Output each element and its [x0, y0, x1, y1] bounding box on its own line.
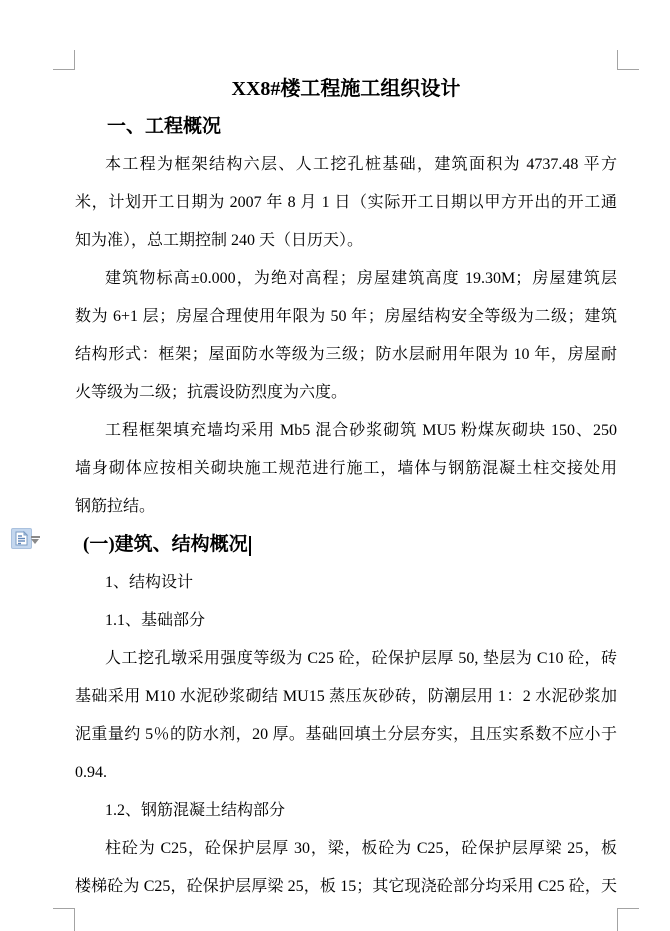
body-text-line: 建筑物标高±0.000，为绝对高程；房屋建筑高度 19.30M；房屋建筑层 — [75, 260, 617, 298]
heading-text: (一)建筑、结构概况 — [83, 534, 248, 555]
subheading-foundation: 1.1、基础部分 — [75, 602, 617, 640]
body-text-line: 米，计划开工日期为 2007 年 8 月 1 日（实际开工日期以甲方开出的开工通 — [75, 184, 617, 222]
smart-tag-dropdown-button[interactable] — [30, 536, 41, 546]
document-title: XX8#楼工程施工组织设计 — [75, 70, 617, 108]
dropdown-arrow-icon — [31, 536, 40, 538]
body-text-line: 柱砼为 C25，砼保护层厚 30，梁，板砼为 C25，砼保护层厚梁 25，板 1… — [75, 830, 617, 868]
text-boundary-mark-top-left — [53, 50, 75, 70]
body-text-line: 0.94. — [75, 754, 617, 792]
body-text-line: 知为准），总工期控制 240 天（日历天）。 — [75, 222, 617, 260]
body-text-line: 本工程为框架结构六层、人工挖孔桩基础，建筑面积为 4737.48 平方 — [75, 146, 617, 184]
dropdown-arrow-icon — [31, 539, 39, 544]
autocorrect-options-icon — [11, 528, 32, 549]
text-cursor — [249, 536, 251, 556]
subheading-reinforced-concrete: 1.2、钢筋混凝土结构部分 — [75, 792, 617, 830]
subheading-structure-design: 1、结构设计 — [75, 564, 617, 602]
text-boundary-mark-bottom-right — [617, 908, 639, 931]
body-text-line: 数为 6+1 层；房屋合理使用年限为 50 年；房屋结构安全等级为二级；建筑 — [75, 298, 617, 336]
body-text-line: 工程框架填充墙均采用 Mb5 混合砂浆砌筑 MU5 粉煤灰砌块 150、250 … — [75, 412, 617, 450]
heading-project-overview: 一、工程概况 — [75, 108, 617, 146]
body-text-line: 结构形式：框架；屋面防水等级为三级；防水层耐用年限为 10 年，房屋耐 — [75, 336, 617, 374]
text-boundary-mark-bottom-left — [53, 908, 75, 931]
body-text-line: 泥重量约 5％的防水剂，20 厚。基础回填土分层夯实，且压实系数不应小于 — [75, 716, 617, 754]
body-text-line: 基础采用 M10 水泥砂浆砌结 MU15 蒸压灰砂砖，防潮层用 1：2 水泥砂浆… — [75, 678, 617, 716]
text-boundary-mark-top-right — [617, 50, 639, 70]
body-text-line: 火等级为二级；抗震设防烈度为六度。 — [75, 374, 617, 412]
page-text-area[interactable]: XX8#楼工程施工组织设计 一、工程概况 本工程为框架结构六层、人工挖孔桩基础，… — [75, 70, 617, 906]
body-text-line: 人工挖孔墩采用强度等级为 C25 砼，砼保护层厚 50, 垫层为 C10 砼，砖 — [75, 640, 617, 678]
autocorrect-options-button[interactable] — [11, 528, 32, 549]
heading-building-structure-overview: (一)建筑、结构概况 — [75, 526, 617, 564]
body-text-line: 钢筋拉结。 — [75, 488, 617, 526]
body-text-line: 墙身砌体应按相关砌块施工规范进行施工，墙体与钢筋混凝土柱交接处用 — [75, 450, 617, 488]
body-text-line: 楼梯砼为 C25，砼保护层厚梁 25，板 15；其它现浇砼部分均采用 C25 砼… — [75, 868, 617, 906]
